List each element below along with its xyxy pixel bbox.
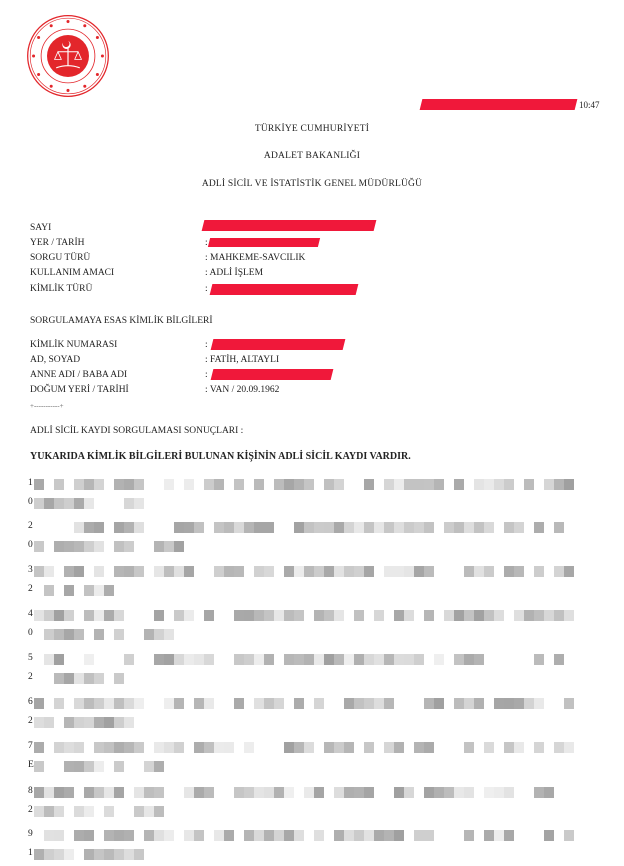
record-number: 9 bbox=[28, 829, 33, 839]
label-sorgu-turu: SORGU TÜRÜ bbox=[30, 253, 90, 263]
blurred-record-text bbox=[34, 585, 118, 596]
record-sub-number: 0 bbox=[28, 497, 33, 507]
results-statement: YUKARIDA KİMLİK BİLGİLERİ BULUNAN KİŞİNİ… bbox=[30, 451, 411, 462]
label-kimlik-turu: KİMLİK TÜRÜ bbox=[30, 284, 92, 294]
record-number: 4 bbox=[28, 609, 33, 619]
record-sub-number: 2 bbox=[28, 672, 33, 682]
header-line-3: ADLİ SİCİL VE İSTATİSTİK GENEL MÜDÜRLÜĞÜ bbox=[0, 179, 624, 189]
blurred-record-text bbox=[34, 849, 147, 860]
label-yer-tarih: YER / TARİH bbox=[30, 238, 84, 248]
record-number: 6 bbox=[28, 697, 33, 707]
redaction-bar bbox=[208, 238, 320, 247]
blurred-record-text bbox=[34, 787, 569, 798]
blurred-record-text bbox=[34, 673, 124, 684]
blurred-record-text bbox=[34, 830, 569, 841]
record-number: 1 bbox=[28, 478, 33, 488]
record-sub-number: 0 bbox=[28, 540, 33, 550]
separator: +-----------+ bbox=[30, 402, 64, 410]
label-sayi: SAYI bbox=[30, 223, 51, 233]
value-ad-soyad: : FATİH, ALTAYLI bbox=[205, 355, 279, 365]
header-line-2: ADALET BAKANLIĞI bbox=[0, 151, 624, 161]
blurred-record-text bbox=[34, 498, 153, 509]
record-number: 3 bbox=[28, 565, 33, 575]
redaction-bar bbox=[210, 284, 359, 295]
blurred-record-text bbox=[34, 806, 165, 817]
record-sub-number: E bbox=[28, 760, 34, 770]
redaction-bar bbox=[211, 369, 334, 380]
value-sorgu-turu: : MAHKEME-SAVCILIK bbox=[205, 253, 305, 263]
blurred-record-text bbox=[34, 479, 569, 490]
identity-section-title: SORGULAMAYA ESAS KİMLİK BİLGİLERİ bbox=[30, 316, 213, 326]
label-anne-baba-adi: ANNE ADI / BABA ADI bbox=[30, 370, 127, 380]
value-dogum-yeri-tarihi: : VAN / 20.09.1962 bbox=[205, 385, 279, 395]
blurred-record-text bbox=[34, 742, 569, 753]
print-time: 10:47 bbox=[579, 100, 600, 110]
label-kullanim-amaci: KULLANIM AMACI bbox=[30, 268, 114, 278]
blurred-record-text bbox=[34, 541, 180, 552]
record-number: 7 bbox=[28, 741, 33, 751]
label-dogum-yeri-tarihi: DOĞUM YERİ / TARİHİ bbox=[30, 385, 129, 395]
redaction-bar bbox=[211, 339, 346, 350]
record-sub-number: 2 bbox=[28, 716, 33, 726]
blurred-record-text bbox=[34, 629, 181, 640]
results-title: ADLİ SİCİL KAYDI SORGULAMASI SONUÇLARI : bbox=[30, 426, 243, 436]
blurred-record-text bbox=[34, 522, 569, 533]
value-kullanim-amaci: : ADLİ İŞLEM bbox=[205, 268, 263, 278]
blurred-record-text bbox=[34, 717, 133, 728]
record-number: 5 bbox=[28, 653, 33, 663]
label-kimlik-numarasi: KİMLİK NUMARASI bbox=[30, 340, 117, 350]
blurred-record-text bbox=[34, 610, 569, 621]
record-sub-number: 2 bbox=[28, 805, 33, 815]
record-sub-number: 0 bbox=[28, 628, 33, 638]
blurred-record-text bbox=[34, 654, 569, 665]
ministry-seal-logo bbox=[26, 14, 110, 98]
redaction-bar bbox=[420, 99, 578, 110]
redaction-bar bbox=[202, 220, 377, 231]
header-line-1: TÜRKİYE CUMHURİYETİ bbox=[0, 124, 624, 134]
blurred-record-text bbox=[34, 761, 159, 772]
blurred-record-text bbox=[34, 566, 569, 577]
record-number: 8 bbox=[28, 786, 33, 796]
blurred-record-text bbox=[34, 698, 569, 709]
label-ad-soyad: AD, SOYAD bbox=[30, 355, 80, 365]
record-sub-number: 2 bbox=[28, 584, 33, 594]
record-sub-number: 1 bbox=[28, 848, 33, 858]
record-number: 2 bbox=[28, 521, 33, 531]
